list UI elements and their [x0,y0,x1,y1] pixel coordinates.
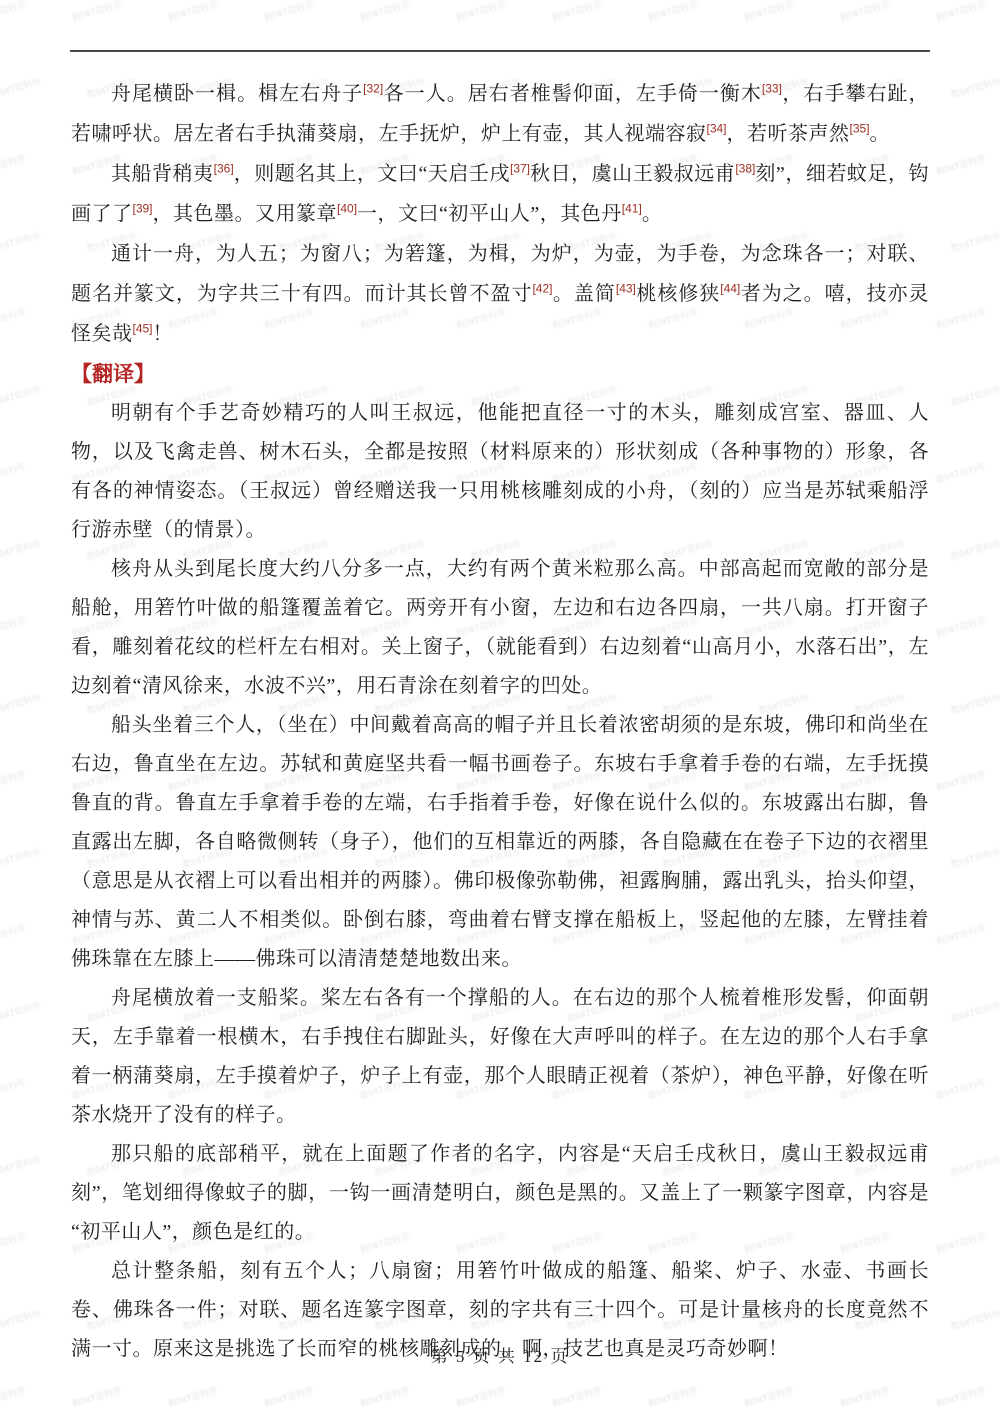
watermark-text: 数04T资料库 [646,0,699,24]
footnote-ref: [40] [337,201,357,215]
watermark-text: 数04T资料库 [550,0,603,24]
watermark-text: 数04T资料库 [0,1075,27,1102]
watermark-text: 数04T资料库 [934,305,987,332]
watermark-text: 数04T资料库 [838,0,891,24]
page-number-footer: 第 5 页 共 12 页 [0,1342,1000,1367]
watermark-text: 数04T资料库 [454,1383,507,1410]
watermark-text: 数04T资料库 [949,74,1000,101]
watermark-text: 数04T资料库 [949,690,1000,717]
watermark-text: 数04T资料库 [742,0,795,24]
watermark-text: 数04T资料库 [934,1229,987,1256]
watermark-text: 数04T资料库 [949,536,1000,563]
footnote-ref: [34] [707,121,727,135]
watermark-text: 数04T资料库 [949,998,1000,1025]
watermark-text: 数04T资料库 [934,1383,987,1410]
document-page: 数04T资料库数04T资料库数04T资料库数04T资料库数04T资料库数04T资… [0,0,1000,1414]
header-rule [70,50,930,52]
watermark-text: 数04T资料库 [838,1383,891,1410]
watermark-text: 数04T资料库 [262,1383,315,1410]
watermark-text: 数04T资料库 [0,767,27,794]
footnote-ref: [32] [363,81,383,95]
watermark-text: 数04T资料库 [0,690,42,717]
watermark-text: 数04T资料库 [70,0,123,24]
footnote-ref: [41] [622,201,642,215]
watermark-text: 数04T资料库 [934,0,987,24]
watermark-text: 数04T资料库 [949,844,1000,871]
watermark-text: 数04T资料库 [934,613,987,640]
footnote-ref: [37] [510,161,530,175]
watermark-text: 数04T资料库 [934,921,987,948]
watermark-text: 数04T资料库 [0,1229,27,1256]
footnote-ref: [33] [762,81,782,95]
watermark-text: 数04T资料库 [0,74,42,101]
footnote-ref: [35] [850,121,870,135]
watermark-text: 数04T资料库 [70,1383,123,1410]
document-body: 舟尾横卧一楫。楫左右舟子[32]各一人。居右者椎髻仰面，左手倚一衡木[33]，右… [71,74,929,1369]
watermark-text: 数04T资料库 [934,1075,987,1102]
watermark-text: 数04T资料库 [0,0,27,24]
watermark-text: 数04T资料库 [949,382,1000,409]
watermark-text: 数04T资料库 [0,305,27,332]
translation-paragraph: 明朝有个手艺奇妙精巧的人叫王叔远，他能把直径一寸的木头，雕刻成宫室、器皿、人物，… [71,394,929,550]
section-header-translation: 【翻译】 [71,354,929,394]
watermark-text: 数04T资料库 [0,844,42,871]
watermark-text: 数04T资料库 [550,1383,603,1410]
watermark-text: 数04T资料库 [934,151,987,178]
footnote-ref: [39] [133,201,153,215]
watermark-text: 数04T资料库 [742,1383,795,1410]
watermark-text: 数04T资料库 [949,228,1000,255]
watermark-text: 数04T资料库 [166,1383,219,1410]
watermark-text: 数04T资料库 [0,459,27,486]
footnote-ref: [38] [735,161,755,175]
watermark-text: 数04T资料库 [454,0,507,24]
watermark-text: 数04T资料库 [358,1383,411,1410]
watermark-text: 数04T资料库 [934,459,987,486]
translation-paragraph: 船头坐着三个人，（坐在）中间戴着高高的帽子并且长着浓密胡须的是东坡，佛印和尚坐在… [71,706,929,979]
watermark-text: 数04T资料库 [0,536,42,563]
classical-paragraph: 舟尾横卧一楫。楫左右舟子[32]各一人。居右者椎髻仰面，左手倚一衡木[33]，右… [71,74,929,154]
watermark-text: 数04T资料库 [949,1152,1000,1179]
watermark-text: 数04T资料库 [0,151,27,178]
watermark-text: 数04T资料库 [0,1152,42,1179]
classical-paragraph: 通计一舟，为人五；为窗八；为箬篷，为楫，为炉，为壶，为手卷，为念珠各一；对联、题… [71,234,929,354]
watermark-text: 数04T资料库 [0,228,42,255]
watermark-text: 数04T资料库 [0,1306,42,1333]
watermark-text: 数04T资料库 [0,921,27,948]
watermark-text: 数04T资料库 [646,1383,699,1410]
classical-paragraph: 其船背稍夷[36]，则题名其上，文曰“天启壬戌[37]秋日，虞山王毅叔远甫[38… [71,154,929,234]
watermark-text: 数04T资料库 [358,0,411,24]
watermark-text: 数04T资料库 [949,1306,1000,1333]
watermark-text: 数04T资料库 [166,0,219,24]
watermark-text: 数04T资料库 [0,613,27,640]
footnote-ref: [43] [616,281,636,295]
translation-paragraph: 舟尾横放着一支船桨。桨左右各有一个撑船的人。在右边的那个人梳着椎形发髻，仰面朝天… [71,979,929,1135]
translation-paragraph: 核舟从头到尾长度大约八分多一点，大约有两个黄米粒那么高。中部高起而宽敞的部分是船… [71,550,929,706]
watermark-text: 数04T资料库 [0,382,42,409]
watermark-text: 数04T资料库 [262,0,315,24]
footnote-ref: [45] [133,321,153,335]
footnote-ref: [36] [214,161,234,175]
watermark-text: 数04T资料库 [934,767,987,794]
translation-paragraph: 那只船的底部稍平，就在上面题了作者的名字，内容是“天启壬戌秋日，虞山王毅叔远甫刻… [71,1135,929,1252]
footnote-ref: [42] [532,281,552,295]
watermark-text: 数04T资料库 [0,998,42,1025]
watermark-text: 数04T资料库 [0,1383,27,1410]
footnote-ref: [44] [720,281,740,295]
